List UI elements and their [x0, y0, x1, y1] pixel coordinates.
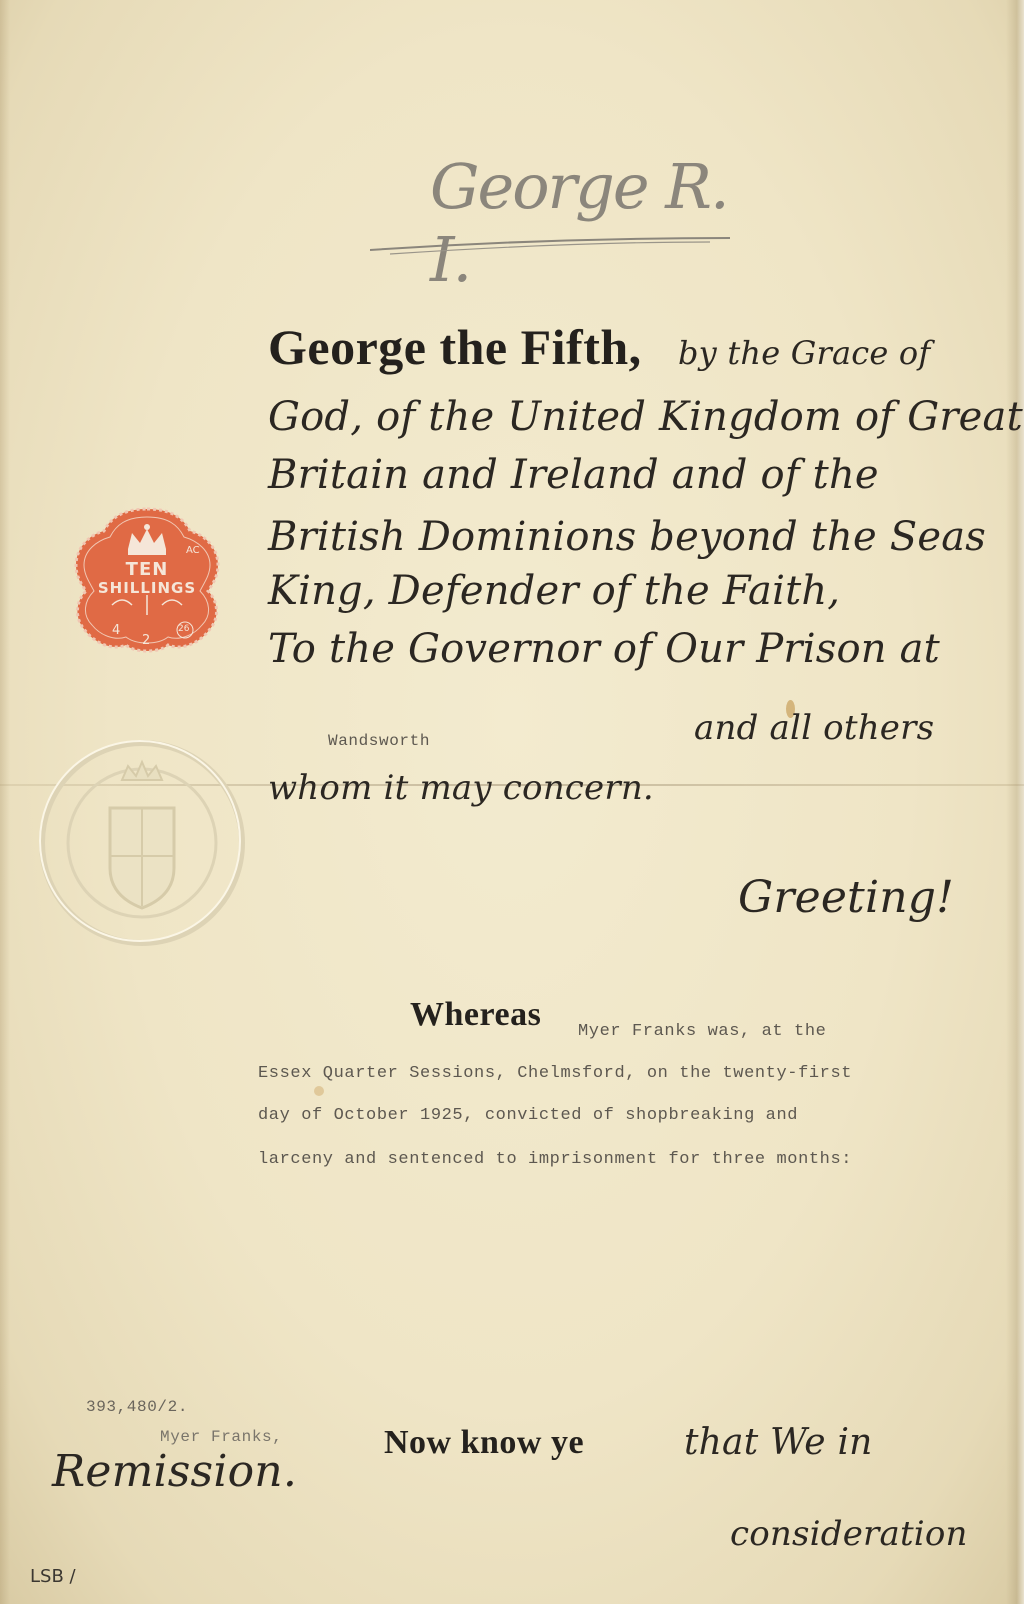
whereas-line-1: Myer Franks was, at the [578, 1022, 826, 1041]
preamble-line-3: Britain and Ireland and of the [268, 452, 879, 498]
stamp-corner-left: 4 [112, 623, 120, 638]
closing-continuation: consideration [730, 1514, 968, 1554]
royal-signature: George R. I. [370, 150, 750, 270]
royal-coat-of-arms-icon [30, 728, 260, 958]
whereas-line-4: larceny and sentenced to imprisonment fo… [258, 1150, 852, 1169]
heading-george-the-fifth: George the Fifth, [268, 318, 642, 376]
stamp-corner-top-right: AC [186, 545, 200, 556]
whereas-line-2: Essex Quarter Sessions, Chelmsford, on t… [258, 1064, 852, 1083]
whereas-heading: Whereas [410, 996, 541, 1034]
preamble-line-7-script: and all others [694, 708, 934, 748]
preamble-line-5: King, Defender of the Faith, [268, 568, 840, 614]
stamp-text-shillings: SHILLINGS [72, 579, 222, 597]
paper-edge-right [1006, 0, 1024, 1604]
revenue-stamp: TEN SHILLINGS 4 2 26 AC [72, 505, 222, 655]
now-know-ye-heading: Now know ye [384, 1424, 584, 1462]
stamp-text-ten: TEN [72, 559, 222, 580]
greeting: Greeting! [738, 872, 954, 923]
preamble-line-2: God, of the United Kingdom of Great [268, 394, 1023, 440]
preamble-line-8: whom it may concern. [268, 768, 654, 808]
paper-edge-left [0, 0, 10, 1604]
embossed-seal [30, 728, 260, 958]
preamble-line-1-script: by the Grace of [678, 334, 930, 372]
closing-script: that We in [684, 1422, 873, 1463]
prison-name-typed: Wandsworth [328, 732, 430, 750]
stamp-corner-bottom: 2 [142, 633, 150, 648]
reference-number: 393,480/2. [86, 1398, 188, 1416]
preamble-line-6: To the Governor of Our Prison at [268, 626, 940, 672]
whereas-line-3: day of October 1925, convicted of shopbr… [258, 1106, 798, 1125]
margin-name: Myer Franks, [160, 1428, 282, 1446]
stamp-corner-right: 26 [178, 624, 189, 634]
foxing-spot [314, 1086, 324, 1096]
document-page: George R. I. George the Fifth, by the Gr… [0, 0, 1024, 1604]
preamble-line-4: British Dominions beyond the Seas [268, 514, 986, 560]
remission-title: Remission. [52, 1446, 297, 1497]
signature-flourish-icon [370, 150, 750, 270]
corner-initials: LSB / [30, 1566, 76, 1587]
